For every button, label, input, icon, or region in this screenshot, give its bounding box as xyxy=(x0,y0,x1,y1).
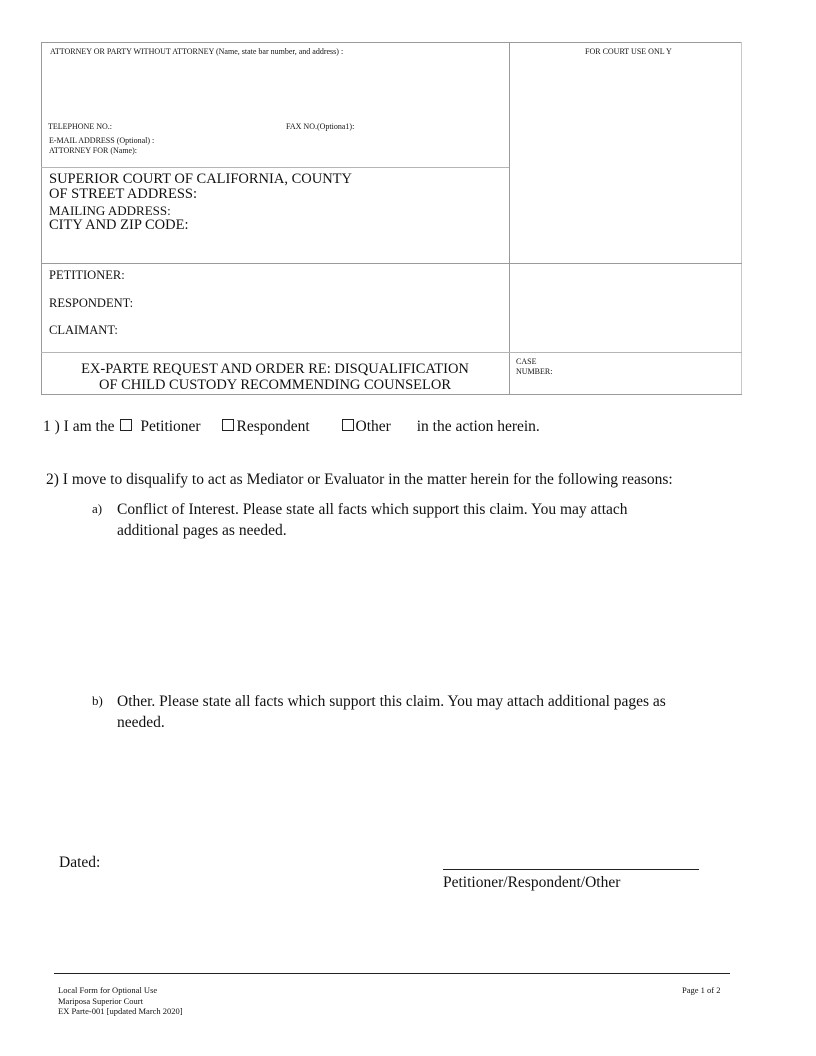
petitioner-label: PETITIONER: xyxy=(49,268,125,283)
case-number-input[interactable] xyxy=(565,370,739,388)
box-top-border xyxy=(41,42,742,43)
reason-b-marker: b) xyxy=(92,693,103,709)
reason-a-line-2: additional pages as needed. xyxy=(117,520,628,541)
other-checkbox[interactable] xyxy=(342,419,354,431)
claimant-label: CLAIMANT: xyxy=(49,323,118,338)
telephone-label: TELEPHONE NO.: xyxy=(48,122,112,132)
signature-line[interactable] xyxy=(443,869,699,870)
section-1-prefix: 1 ) I am the xyxy=(43,418,114,435)
case-label-line-2: NUMBER: xyxy=(516,367,552,377)
box-right-border xyxy=(741,42,742,395)
form-title-line-2: OF CHILD CUSTODY RECOMMENDING COUNSELOR xyxy=(45,377,505,393)
reason-a-text: Conflict of Interest. Please state all f… xyxy=(117,499,628,541)
reason-a-line-1: Conflict of Interest. Please state all f… xyxy=(117,499,628,520)
reason-b-line-1: Other. Please state all facts which supp… xyxy=(117,691,666,712)
respondent-label: RESPONDENT: xyxy=(49,296,133,311)
reason-a-marker: a) xyxy=(92,501,102,517)
court-parties-divider xyxy=(41,263,742,264)
respondent-input[interactable] xyxy=(145,294,504,312)
case-label-line-1: CASE xyxy=(516,357,552,367)
section-1-suffix: in the action herein. xyxy=(417,418,540,435)
fax-input[interactable] xyxy=(370,119,504,135)
box-center-divider xyxy=(509,42,510,395)
claimant-input[interactable] xyxy=(125,321,504,339)
page-number: Page 1 of 2 xyxy=(682,985,720,996)
dated-input[interactable] xyxy=(108,852,312,872)
signer-label: Petitioner/Respondent/Other xyxy=(443,874,620,892)
attorney-for-input[interactable] xyxy=(155,144,504,158)
email-label: E-MAIL ADDRESS (Optional) : xyxy=(49,136,154,146)
case-number-label: CASE NUMBER: xyxy=(516,357,552,377)
respondent-option-label: Respondent xyxy=(236,418,309,435)
footer-line-3: EX Parte-001 [updated March 2020] xyxy=(58,1006,183,1017)
petitioner-input[interactable] xyxy=(140,266,504,284)
street-address-label: OF STREET ADDRESS: xyxy=(49,187,197,202)
reason-b-text: Other. Please state all facts which supp… xyxy=(117,691,666,733)
other-option-label: Other xyxy=(356,418,391,435)
form-title-line-1: EX-PARTE REQUEST AND ORDER RE: DISQUALIF… xyxy=(45,361,505,377)
city-zip-label: CITY AND ZIP CODE: xyxy=(49,218,189,233)
box-left-border xyxy=(41,42,42,395)
box-bottom-border xyxy=(41,394,742,395)
footer-line-1: Local Form for Optional Use xyxy=(58,985,183,996)
dated-label: Dated: xyxy=(59,854,100,872)
reason-b-line-2: needed. xyxy=(117,712,666,733)
attorney-label: ATTORNEY OR PARTY WITHOUT ATTORNEY (Name… xyxy=(50,47,343,57)
respondent-checkbox[interactable] xyxy=(222,419,234,431)
reason-a-textarea[interactable] xyxy=(117,545,701,679)
section-1: 1 ) I am the Petitioner Respondent Other… xyxy=(43,418,540,436)
attorney-input[interactable] xyxy=(48,60,507,117)
footer-divider xyxy=(54,973,730,974)
mailing-address-label: MAILING ADDRESS: xyxy=(49,203,171,218)
court-use-label: FOR COURT USE ONL Y xyxy=(585,47,672,57)
petitioner-checkbox[interactable] xyxy=(120,419,132,431)
parties-title-divider xyxy=(41,352,742,353)
court-name-line: SUPERIOR COURT OF CALIFORNIA, COUNTY xyxy=(49,172,352,187)
form-title: EX-PARTE REQUEST AND ORDER RE: DISQUALIF… xyxy=(45,361,505,393)
attorney-court-divider xyxy=(41,167,509,168)
section-2-intro: 2) I move to disqualify to act as Mediat… xyxy=(46,471,673,489)
footer-line-2: Mariposa Superior Court xyxy=(58,996,183,1007)
reason-b-textarea[interactable] xyxy=(117,737,701,841)
footer-info: Local Form for Optional Use Mariposa Sup… xyxy=(58,985,183,1017)
petitioner-option-label: Petitioner xyxy=(140,418,200,435)
telephone-input[interactable] xyxy=(125,119,279,135)
fax-label: FAX NO.(Optiona1): xyxy=(286,122,354,132)
attorney-for-label: ATTORNEY FOR (Name): xyxy=(49,146,137,156)
